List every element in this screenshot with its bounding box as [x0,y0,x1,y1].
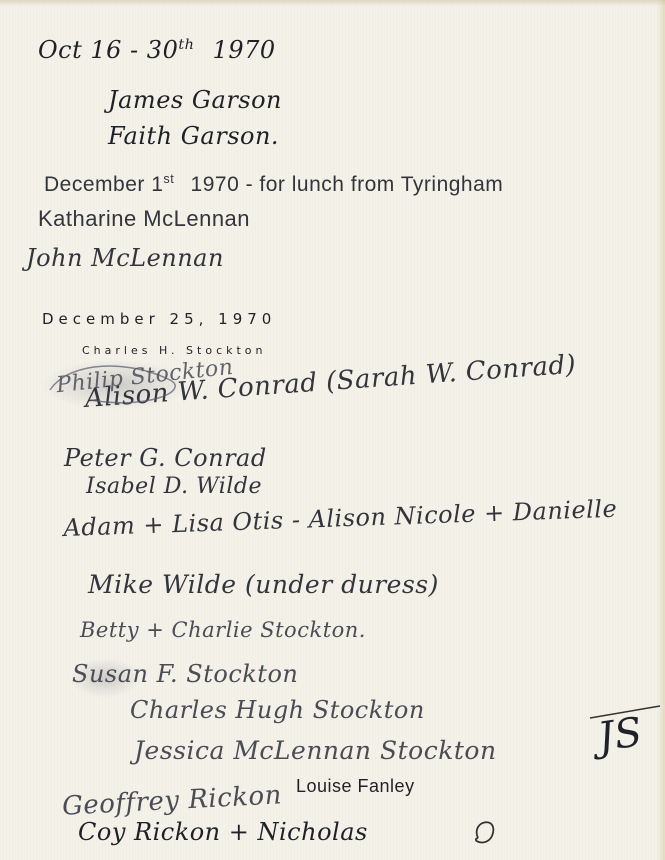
signature: Betty + Charlie Stockton. [80,618,366,642]
signature: Katharine McLennan [38,206,250,232]
signature: James Garson [108,86,282,114]
signature: Susan F. Stockton [72,660,298,688]
date-text: Oct 16 - 30 [38,36,178,64]
signature-flourish [0,0,665,860]
initials-mark: JS [595,709,645,761]
date-note: 1970 - for lunch from Tyringham [191,173,504,196]
signature: Charles Hugh Stockton [130,696,425,724]
signature: Jessica McLennan Stockton [134,736,497,765]
signature: Coy Rickon + Nicholas [78,818,368,846]
signature: Faith Garson. [108,122,279,150]
signature: Mike Wilde (under duress) [88,570,439,599]
signature: Louise Fanley [296,776,415,797]
signature: Alison W. Conrad (Sarah W. Conrad) [84,350,577,414]
signature: Isabel D. Wilde [86,474,262,499]
signature: Charles H. Stockton [82,344,267,357]
entry-date: Oct 16 - 30th 1970 [38,36,276,64]
entry-date: December 25, 1970 [42,310,276,328]
signature: Adam + Lisa Otis - Alison Nicole + Danie… [63,495,618,542]
date-year: 1970 [213,36,276,64]
date-suffix: th [178,37,194,53]
signature: Peter G. Conrad [64,444,267,472]
date-suffix: st [163,172,174,186]
guestbook-page: Oct 16 - 30th 1970 James Garson Faith Ga… [0,0,665,860]
signature: John McLennan [26,244,224,272]
entry-date: December 1st 1970 - for lunch from Tyrin… [44,172,503,197]
signature: Geoffrey Rickon [61,780,282,821]
date-text: December 1 [44,173,163,196]
